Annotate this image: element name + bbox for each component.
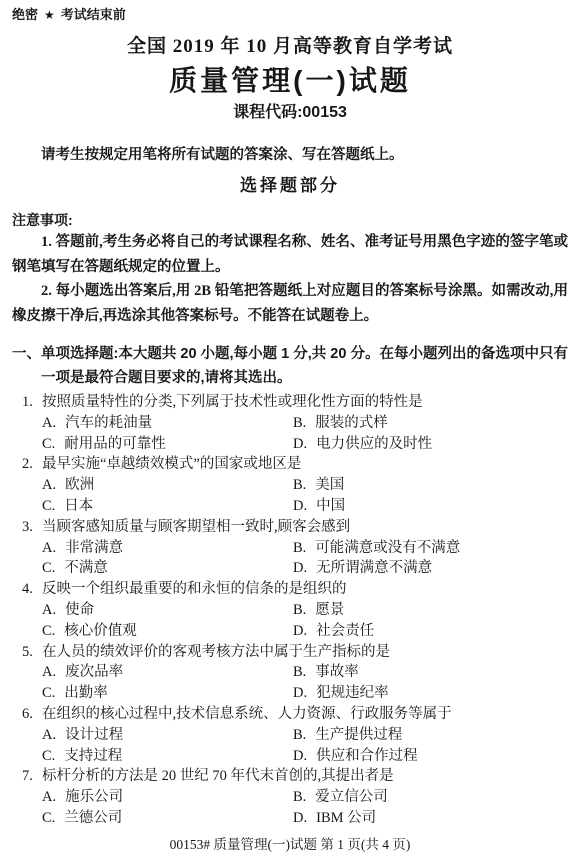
question-options: A.废次品率B.事故率C.出勤率D.犯规违纪率 xyxy=(42,662,568,704)
option-label: A. xyxy=(42,664,56,680)
option-text: 中国 xyxy=(316,498,345,514)
option: B.服装的式样 xyxy=(293,413,568,434)
option-text: 不满意 xyxy=(64,560,108,576)
option-label: D. xyxy=(293,560,307,576)
option-label: C. xyxy=(42,560,55,576)
option-label: C. xyxy=(42,685,55,701)
option-label: B. xyxy=(293,415,306,431)
option: B.愿景 xyxy=(293,600,568,621)
question-line: 3. 当顾客感知质量与顾客期望相一致时,顾客会感到 xyxy=(22,517,568,538)
option: C.耐用品的可靠性 xyxy=(42,434,293,455)
option-text: 兰德公司 xyxy=(64,810,122,826)
question-line: 2. 最早实施“卓越绩效模式”的国家或地区是 xyxy=(22,454,568,475)
option-label: D. xyxy=(293,685,307,701)
option-label: C. xyxy=(42,748,55,764)
option-text: 汽车的耗油量 xyxy=(65,415,152,431)
option-label: D. xyxy=(293,748,307,764)
question: 4. 反映一个组织最重要的和永恒的信条的是组织的 A.使命B.愿景C.核心价值观… xyxy=(22,579,568,641)
exam-page: 绝密★考试结束前 全国 2019 年 10 月高等教育自学考试 质量管理(一)试… xyxy=(0,0,580,829)
question-text: 在人员的绩效评价的客观考核方法中属于生产指标的是 xyxy=(42,642,568,663)
question-text: 在组织的核心过程中,技术信息系统、人力资源、行政服务等属于 xyxy=(42,704,568,725)
question-number: 3. xyxy=(22,517,42,538)
answer-instruction: 请考生按规定用笔将所有试题的答案涂、写在答题纸上。 xyxy=(12,144,568,166)
option-label: C. xyxy=(42,623,55,639)
option-label: D. xyxy=(293,436,307,452)
paper-title: 质量管理(一)试题 xyxy=(12,62,568,100)
option-label: D. xyxy=(293,623,307,639)
option-text: 废次品率 xyxy=(65,664,123,680)
option: A.汽车的耗油量 xyxy=(42,413,293,434)
option: A.非常满意 xyxy=(42,538,293,559)
option: C.兰德公司 xyxy=(42,808,293,829)
question-options: A.非常满意B.可能满意或没有不满意C.不满意D.无所谓满意不满意 xyxy=(42,538,568,580)
question-text: 最早实施“卓越绩效模式”的国家或地区是 xyxy=(42,454,568,475)
option: D.IBM 公司 xyxy=(293,808,568,829)
option-text: 无所谓满意不满意 xyxy=(316,560,432,576)
question-line: 5. 在人员的绩效评价的客观考核方法中属于生产指标的是 xyxy=(22,642,568,663)
option-text: 供应和合作过程 xyxy=(316,748,418,764)
option-label: A. xyxy=(42,415,56,431)
option-text: 电力供应的及时性 xyxy=(316,436,432,452)
option: A.欧洲 xyxy=(42,475,293,496)
notice-item-2: 2. 每小题选出答案后,用 2B 铅笔把答题纸上对应题目的答案标号涂黑。如需改动… xyxy=(12,279,568,328)
option-label: B. xyxy=(293,789,306,805)
option: D.无所谓满意不满意 xyxy=(293,558,568,579)
question: 6. 在组织的核心过程中,技术信息系统、人力资源、行政服务等属于 A.设计过程B… xyxy=(22,704,568,766)
question-number: 2. xyxy=(22,454,42,475)
option: B.可能满意或没有不满意 xyxy=(293,538,568,559)
option-text: 使命 xyxy=(65,602,94,618)
option-label: A. xyxy=(42,789,56,805)
option-text: 欧洲 xyxy=(65,477,94,493)
question-options: A.施乐公司B.爱立信公司C.兰德公司D.IBM 公司 xyxy=(42,787,568,829)
option: C.支持过程 xyxy=(42,746,293,767)
question-number: 4. xyxy=(22,579,42,600)
option-label: B. xyxy=(293,727,306,743)
option: D.犯规违纪率 xyxy=(293,683,568,704)
question-list: 1. 按照质量特性的分类,下列属于技术性或理化性方面的特性是 A.汽车的耗油量B… xyxy=(12,392,568,829)
option-text: 出勤率 xyxy=(64,685,108,701)
section-heading: 一、单项选择题:本大题共 20 小题,每小题 1 分,共 20 分。在每小题列出… xyxy=(12,342,568,390)
option-label: B. xyxy=(293,477,306,493)
question-text: 当顾客感知质量与顾客期望相一致时,顾客会感到 xyxy=(42,517,568,538)
question-text: 标杆分析的方法是 20 世纪 70 年代末首创的,其提出者是 xyxy=(42,766,568,787)
option: A.施乐公司 xyxy=(42,787,293,808)
question-line: 7. 标杆分析的方法是 20 世纪 70 年代末首创的,其提出者是 xyxy=(22,766,568,787)
option-label: D. xyxy=(293,498,307,514)
question: 7. 标杆分析的方法是 20 世纪 70 年代末首创的,其提出者是 A.施乐公司… xyxy=(22,766,568,828)
question-number: 7. xyxy=(22,766,42,787)
option-label: B. xyxy=(293,664,306,680)
option: A.使命 xyxy=(42,600,293,621)
option-text: 可能满意或没有不满意 xyxy=(315,540,460,556)
notice-title: 注意事项: xyxy=(12,210,568,230)
option-label: C. xyxy=(42,498,55,514)
option: B.生产提供过程 xyxy=(293,725,568,746)
page-footer: 00153# 质量管理(一)试题 第 1 页(共 4 页) xyxy=(0,836,580,854)
security-header: 绝密★考试结束前 xyxy=(12,6,568,24)
question-line: 6. 在组织的核心过程中,技术信息系统、人力资源、行政服务等属于 xyxy=(22,704,568,725)
question-line: 4. 反映一个组织最重要的和永恒的信条的是组织的 xyxy=(22,579,568,600)
question-options: A.汽车的耗油量B.服装的式样C.耐用品的可靠性D.电力供应的及时性 xyxy=(42,413,568,455)
option-label: B. xyxy=(293,540,306,556)
option: C.出勤率 xyxy=(42,683,293,704)
option-text: 服装的式样 xyxy=(315,415,388,431)
option-label: A. xyxy=(42,727,56,743)
option-text: 非常满意 xyxy=(65,540,123,556)
timing-label: 考试结束前 xyxy=(61,7,126,22)
option: B.事故率 xyxy=(293,662,568,683)
option-text: 社会责任 xyxy=(316,623,374,639)
question-options: A.使命B.愿景C.核心价值观D.社会责任 xyxy=(42,600,568,642)
star-icon: ★ xyxy=(44,8,55,22)
option-text: 生产提供过程 xyxy=(315,727,402,743)
option-label: D. xyxy=(293,810,307,826)
option: D.中国 xyxy=(293,496,568,517)
question-line: 1. 按照质量特性的分类,下列属于技术性或理化性方面的特性是 xyxy=(22,392,568,413)
question-number: 6. xyxy=(22,704,42,725)
option: C.核心价值观 xyxy=(42,621,293,642)
question: 2. 最早实施“卓越绩效模式”的国家或地区是 A.欧洲B.美国C.日本D.中国 xyxy=(22,454,568,516)
option-label: A. xyxy=(42,602,56,618)
question: 3. 当顾客感知质量与顾客期望相一致时,顾客会感到 A.非常满意B.可能满意或没… xyxy=(22,517,568,579)
option: B.美国 xyxy=(293,475,568,496)
question-number: 1. xyxy=(22,392,42,413)
question-options: A.设计过程B.生产提供过程C.支持过程D.供应和合作过程 xyxy=(42,725,568,767)
question-text: 反映一个组织最重要的和永恒的信条的是组织的 xyxy=(42,579,568,600)
exam-session-title: 全国 2019 年 10 月高等教育自学考试 xyxy=(12,34,568,60)
part-title: 选择题部分 xyxy=(12,174,568,198)
question-number: 5. xyxy=(22,642,42,663)
option-text: 设计过程 xyxy=(65,727,123,743)
option-text: 犯规违纪率 xyxy=(316,685,389,701)
option: C.日本 xyxy=(42,496,293,517)
option: D.供应和合作过程 xyxy=(293,746,568,767)
question-text: 按照质量特性的分类,下列属于技术性或理化性方面的特性是 xyxy=(42,392,568,413)
option-text: 事故率 xyxy=(315,664,359,680)
option-text: 施乐公司 xyxy=(65,789,123,805)
option: D.电力供应的及时性 xyxy=(293,434,568,455)
option: A.设计过程 xyxy=(42,725,293,746)
question: 5. 在人员的绩效评价的客观考核方法中属于生产指标的是 A.废次品率B.事故率C… xyxy=(22,642,568,704)
option-text: IBM 公司 xyxy=(316,810,376,826)
course-code: 课程代码:00153 xyxy=(12,102,568,124)
option: B.爱立信公司 xyxy=(293,787,568,808)
option-label: A. xyxy=(42,540,56,556)
notice-item-1: 1. 答题前,考生务必将自己的考试课程名称、姓名、准考证号用黑色字迹的签字笔或钢… xyxy=(12,230,568,279)
option-label: C. xyxy=(42,436,55,452)
option-text: 耐用品的可靠性 xyxy=(64,436,166,452)
option: C.不满意 xyxy=(42,558,293,579)
option-text: 愿景 xyxy=(315,602,344,618)
question: 1. 按照质量特性的分类,下列属于技术性或理化性方面的特性是 A.汽车的耗油量B… xyxy=(22,392,568,454)
option-label: A. xyxy=(42,477,56,493)
option-text: 爱立信公司 xyxy=(315,789,388,805)
option-label: B. xyxy=(293,602,306,618)
option: A.废次品率 xyxy=(42,662,293,683)
option-text: 核心价值观 xyxy=(64,623,137,639)
classification-label: 绝密 xyxy=(12,7,38,22)
option-label: C. xyxy=(42,810,55,826)
option-text: 日本 xyxy=(64,498,93,514)
option: D.社会责任 xyxy=(293,621,568,642)
option-text: 支持过程 xyxy=(64,748,122,764)
option-text: 美国 xyxy=(315,477,344,493)
question-options: A.欧洲B.美国C.日本D.中国 xyxy=(42,475,568,517)
